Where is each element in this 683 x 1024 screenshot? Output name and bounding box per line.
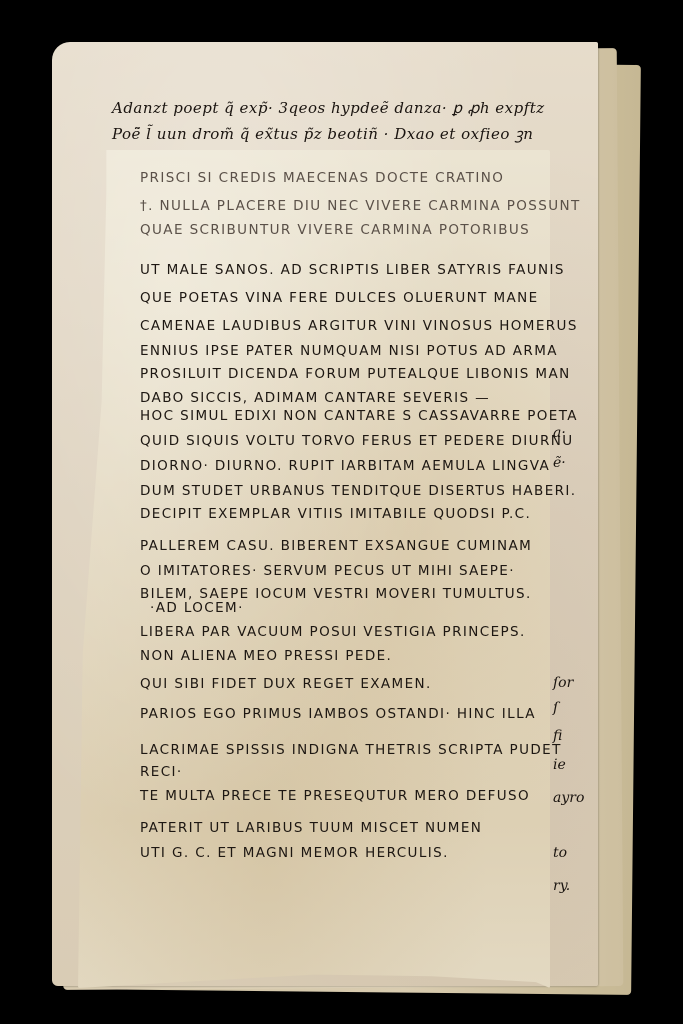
- manuscript-line: Te multa prece te presequtur mero defuso: [140, 788, 530, 804]
- manuscript-line: uti G. C. et magni memor Herculis.: [140, 845, 449, 861]
- manuscript-line: Ennius ipse pater numquam nisi potus ad …: [140, 343, 558, 359]
- manuscript-line: lacrimae Spissis indigna thetris scripta…: [140, 742, 562, 758]
- margin-fragment: ẽ·: [553, 455, 593, 471]
- manuscript-line: dum studet urbanus tenditque disertus ha…: [140, 483, 577, 499]
- manuscript-line: Libera par vacuum posui vestigia princep…: [140, 624, 526, 640]
- margin-fragment: ry.: [553, 878, 593, 894]
- manuscript-line: prosiluit dicenda forum putealque Liboni…: [140, 366, 571, 382]
- manuscript-line: hoc simul edixi non cantare s cassavarre…: [140, 408, 578, 424]
- margin-fragment: ayro: [553, 790, 593, 806]
- manuscript-line: dabo siccis, adimam cantare severis —: [140, 390, 490, 406]
- back-line: Poẽ̈ l̃ uun drom̃ q̃ ex̃tus p̃z beotiñ ·…: [112, 121, 552, 147]
- manuscript-line: pallerem casu. biberent exsangue cuminam: [140, 538, 532, 554]
- back-manuscript-text: Adanzt poept q̃ exp̃· 3qeos hypdeẽ danza…: [112, 95, 552, 147]
- manuscript-line: que poetas vina fere dulces oluerunt man…: [140, 290, 539, 306]
- manuscript-line: Ut male sanos. Ad scriptis Liber satyris…: [140, 262, 565, 278]
- manuscript-line: Parios ego primus iambos ostandi· Hinc i…: [140, 706, 536, 722]
- manuscript-line: paterit ut Laribus tuum miscet numen: [140, 820, 482, 836]
- manuscript-line: Prisci si credis Maecenas docte Cratino: [140, 170, 504, 186]
- margin-fragment: ie: [553, 757, 593, 773]
- manuscript-line: Qui sibi fidet dux reget examen.: [140, 676, 432, 692]
- manuscript-line: quae scribuntur vivere carmina potoribus: [140, 222, 530, 238]
- manuscript-line: Quid siquis voltu torvo ferus et pedere …: [140, 433, 574, 449]
- manuscript-line: reci·: [140, 764, 183, 780]
- back-line: Adanzt poept q̃ exp̃· 3qeos hypdeẽ danza…: [112, 95, 552, 121]
- margin-fragment: ſor: [553, 675, 593, 691]
- manuscript-line: ·ad locem·: [150, 600, 244, 616]
- manuscript-line: Camenae laudibus argitur vini vinosus Ho…: [140, 318, 578, 334]
- margin-fragment: to: [553, 845, 593, 861]
- margin-fragment: ſ: [553, 700, 593, 716]
- manuscript-line: diorno· diurno. Rupit Iarbitam aemula li…: [140, 458, 550, 474]
- manuscript-line: †. nulla placere diu nec vivere carmina …: [140, 198, 581, 214]
- manuscript-line: O imitatores· servum pecus ut mihi saepe…: [140, 563, 515, 579]
- manuscript-line: Non aliena meo pressi pede.: [140, 648, 392, 664]
- manuscript-line: Decipit exemplar vitiis imitabile quodsi…: [140, 506, 531, 522]
